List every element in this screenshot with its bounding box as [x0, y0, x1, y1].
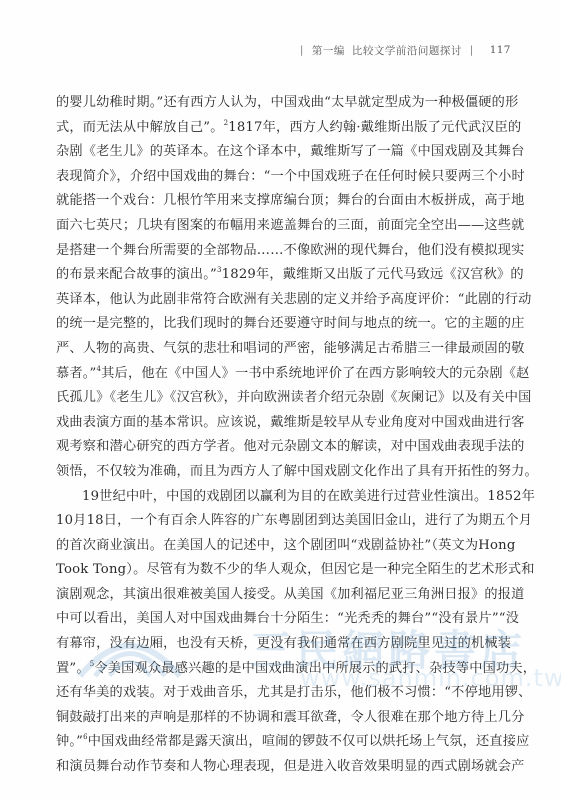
text-line: 置”。5令美国观众最感兴趣的是中国戏曲演出中所展示的武打、杂技等中国功夫，	[56, 657, 482, 682]
text-line: 铜鼓敲打出来的声响是那样的不协调和震耳欲聋，令人很难在那个地方待上几分	[56, 706, 482, 731]
text-segment: 中国戏曲经常都是露天演出，喧闹的锣鼓不仅可以烘托场上气氛，还直接应	[88, 734, 530, 749]
text-line: 就能搭一个戏台：几根竹竿用来支撑席编台顶；舞台的台面由木板拼成，高于地	[56, 189, 482, 214]
text-line: 的首次商业演出。在美国人的记述中，这个剧团叫“戏剧益协社”（英文为Hong	[56, 534, 482, 559]
text-line: 氏孤儿》《老生儿》《汉宫秋》，并向欧洲读者介绍元杂剧《灰阑记》以及有关中国	[56, 386, 482, 411]
text-line: 19世纪中叶，中国的戏剧团以赢利为目的在欧美进行过营业性演出。1852年	[56, 485, 482, 510]
text-line: 是搭建一个舞台所需要的全部物品……不像欧洲的现代舞台，他们没有模拟现实	[56, 239, 482, 264]
text-segment: 1817年，西方人约翰·戴维斯出版了元代武汉臣的	[228, 120, 521, 135]
text-segment: 置”。	[56, 661, 90, 676]
text-line: 还有华美的戏装。对于戏曲音乐，尤其是打击乐，他们极不习惯：“不停地用锣、	[56, 681, 482, 706]
text-line: 式，而无法从中解放自己”。21817年，西方人约翰·戴维斯出版了元代武汉臣的	[56, 116, 482, 141]
text-segment: 钟。”	[56, 734, 83, 749]
page-number: 117	[490, 44, 511, 56]
body-text: 的婴儿幼稚时期。”还有西方人认为，中国戏曲“太早就定型成为一种极僵硬的形式，而无…	[56, 91, 482, 780]
text-segment: 其后，他在《中国人》一书中系统地评价了在西方影响较大的元杂剧《赵	[101, 366, 529, 381]
text-line: 表现简介》，介绍中国戏曲的舞台：“一个中国戏班子在任何时候只要两三个小时	[56, 165, 482, 190]
text-line: 演剧观念，其演出很难被美国人接受。从美国《加利福尼亚三角洲日报》的报道	[56, 583, 482, 608]
text-line: 的婴儿幼稚时期。”还有西方人认为，中国戏曲“太早就定型成为一种极僵硬的形	[56, 91, 482, 116]
text-segment: 式，而无法从中解放自己”。	[56, 120, 224, 135]
header-divider: |	[470, 45, 474, 56]
header-part: 第一编	[312, 43, 345, 58]
text-line: 严、人物的高贵、气氛的悲壮和唱词的严密，能够满足古希腊三一律最顽固的敬	[56, 337, 482, 362]
text-line: 观考察和潜心研究的西方学者。他对元杂剧文本的解读，对中国戏曲表现手法的	[56, 435, 482, 460]
text-line: 和演员舞台动作节奏和人物心理表现，但是进入收音效果明显的西式剧场就会产	[56, 755, 482, 780]
running-header: | 第一编 比较文学前沿问题探讨 | 117	[292, 42, 511, 58]
text-line: 中可以看出，美国人对中国戏曲舞台十分陌生：“光秃秃的舞台”“没有景片”“没	[56, 607, 482, 632]
text-line: 10月18日，一个有百余人阵容的广东粤剧团到达美国旧金山，进行了为期五个月	[56, 509, 482, 534]
text-line: 英译本，他认为此剧非常符合欧洲有关悲剧的定义并给予高度评价：“此剧的行动	[56, 288, 482, 313]
text-line: 面六七英尺；几块有图案的布幅用来遮盖舞台的三面，前面完全空出——这些就	[56, 214, 482, 239]
text-line: 的统一是完整的，比我们现时的舞台还要遵守时间与地点的统一。它的主题的庄	[56, 312, 482, 337]
text-line: 钟。”6中国戏曲经常都是露天演出，喧闹的锣鼓不仅可以烘托场上气氛，还直接应	[56, 730, 482, 755]
text-line: 有幕帘，没有边厢，也没有天桥，更没有我们通常在西方剧院里见过的机械装	[56, 632, 482, 657]
text-line: Took Tong）。尽管有为数不少的华人观众，但因它是一种完全陌生的艺术形式和	[56, 558, 482, 583]
text-line: 领悟，不仅较为准确，而且为西方人了解中国戏剧文化作出了具有开拓性的努力。	[56, 460, 482, 485]
text-line: 的布景来配合故事的演出。”31829年，戴维斯又出版了元代马致远《汉宫秋》的	[56, 263, 482, 288]
text-line: 慕者。”4其后，他在《中国人》一书中系统地评价了在西方影响较大的元杂剧《赵	[56, 362, 482, 387]
header-divider: |	[300, 45, 304, 56]
header-section-title: 比较文学前沿问题探讨	[352, 43, 462, 58]
book-page: | 第一编 比较文学前沿问题探讨 | 117 的婴儿幼稚时期。”还有西方人认为，…	[0, 0, 561, 800]
text-line: 戏曲表演方面的基本常识。应该说，戴维斯是较早从专业角度对中国戏曲进行客	[56, 411, 482, 436]
text-segment: 慕者。”	[56, 366, 97, 381]
text-segment: 的布景来配合故事的演出。”	[56, 267, 217, 282]
text-line: 杂剧《老生儿》的英译本。在这个译本中，戴维斯写了一篇《中国戏剧及其舞台	[56, 140, 482, 165]
text-segment: 令美国观众最感兴趣的是中国戏曲演出中所展示的武打、杂技等中国功夫，	[94, 661, 536, 676]
text-segment: 1829年，戴维斯又出版了元代马致远《汉宫秋》的	[222, 267, 524, 282]
